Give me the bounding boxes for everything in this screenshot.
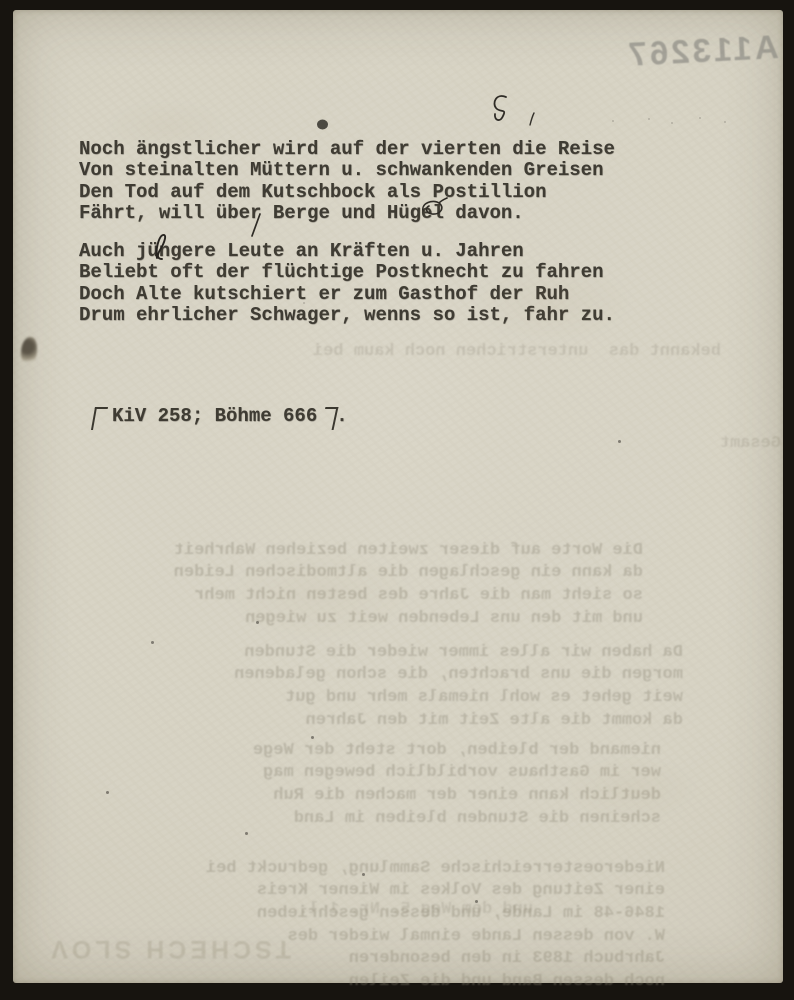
ink-stain xyxy=(21,337,37,365)
ink-speck xyxy=(362,873,365,876)
poem-stanza-2: Auch jüngere Leute an Kräften u. JahrenB… xyxy=(79,176,615,327)
ink-speck xyxy=(151,641,154,644)
bleedthrough-line: bekannt das unterstrichen noch kaum bei xyxy=(61,341,721,364)
poem-line: Noch ängstlicher wird auf der vierten di… xyxy=(79,139,615,161)
bleedthrough-line: niemand der bleiben, dort steht der Wege xyxy=(131,740,661,763)
bleedthrough-line: wer im Gasthaus vorbildlich bewegen mag xyxy=(131,762,661,785)
citation-text: KiV 258; Böhme 666 xyxy=(112,406,317,428)
bleedthrough-line: Die Worte auf dieser zweiten beziehen Wa… xyxy=(143,540,643,563)
citation: KiV 258; Böhme 666 . xyxy=(93,406,348,429)
bleedthrough-line: noch dessen Band und die Zeilen xyxy=(85,971,665,994)
ink-speck xyxy=(475,900,478,903)
ink-speck xyxy=(648,118,650,120)
ink-speck xyxy=(671,122,673,124)
bleedthrough-line: und dem Weg 5. Nr. 1 l. xyxy=(203,899,533,922)
scanned-page: A113267 Noch ängstlicher wird auf der vi… xyxy=(13,10,783,983)
poem-line: Drum ehrlicher Schwager, wenns so ist, f… xyxy=(79,305,615,327)
ink-speck xyxy=(724,121,726,123)
bleedthrough-word: Gesamt xyxy=(631,433,781,456)
ink-speck xyxy=(424,291,427,294)
poem-line: Doch Alte kutschiert er zum Gasthof der … xyxy=(79,284,615,306)
poem-line: Auch jüngere Leute an Kräften u. Jahren xyxy=(79,241,615,263)
bleedthrough-line: Da haben wir alles immer wieder die Stun… xyxy=(163,642,683,665)
reverse-stamp: TSCHECH SLOV xyxy=(61,934,291,963)
ink-speck xyxy=(245,832,248,835)
left-bracket xyxy=(91,407,108,430)
accession-stamp-number: A113267 xyxy=(608,27,794,75)
ink-speck xyxy=(699,117,701,119)
ink-speck xyxy=(311,736,314,739)
poem-line: Beliebt oft der flüchtige Postknecht zu … xyxy=(79,262,615,284)
ink-speck xyxy=(618,440,621,443)
ink-speck xyxy=(303,302,305,304)
ink-speck xyxy=(256,621,259,624)
bleedthrough-line: Niederoesterreichische Sammlung, gedruck… xyxy=(85,858,665,881)
ink-speck xyxy=(106,791,109,794)
